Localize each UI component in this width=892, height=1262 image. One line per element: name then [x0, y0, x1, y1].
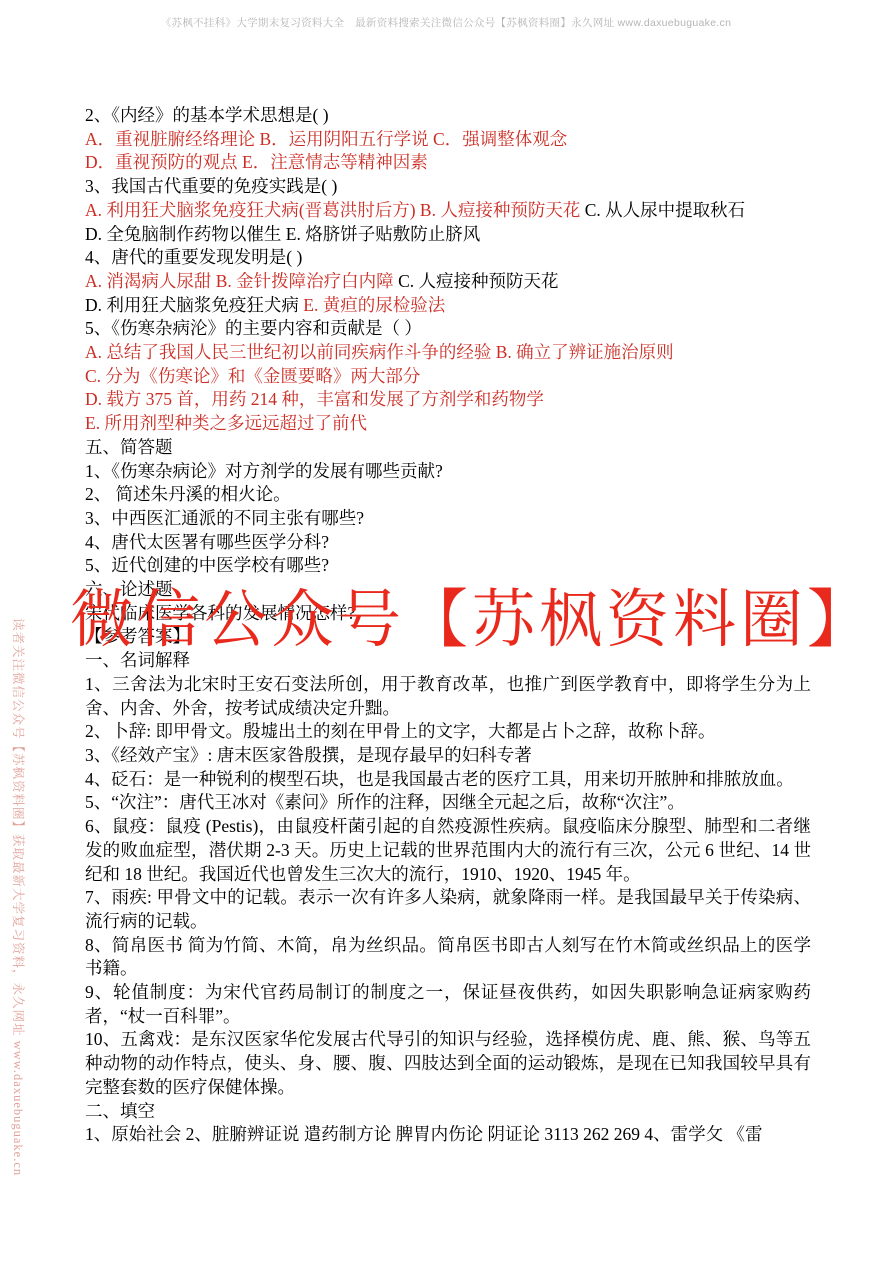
paragraph: 10、五禽戏：是东汉医家华佗发展古代导引的知识与经验，选择模仿虎、鹿、熊、猴、鸟…: [85, 1028, 811, 1099]
side-watermark: 读者关注微信公众号【苏枫资料圈】获取最新大学复习资料，永久网址 www.daxu…: [10, 618, 26, 1176]
paragraph: 5、近代创建的中医学校有哪些?: [85, 554, 811, 578]
paragraph: 1、三舍法为北宋时王安石变法所创，用于教育改革，也推广到医学教育中，即将学生分为…: [85, 673, 811, 720]
text-segment: 五、简答题: [85, 437, 173, 457]
text-segment: 1、原始社会 2、脏腑辨证说 遣药制方论 脾胃内伤论 阴证论 3113 262 …: [85, 1124, 762, 1144]
text-segment: 3、我国古代重要的免疫实践是( ): [85, 176, 337, 196]
text-segment: A．重视脏腑经络理论 B．运用阴阳五行学说 C．强调整体观念: [85, 129, 567, 149]
paragraph: 4、唐代太医署有哪些医学分科?: [85, 531, 811, 555]
paragraph: D. 全兔脑制作药物以催生 E. 烙脐饼子贴敷防止脐风: [85, 223, 811, 247]
text-segment: 2、《内经》的基本学术思想是( ): [85, 105, 329, 125]
page-header-text: 《苏枫不挂科》大学期末复习资料大全 最新资料搜索关注微信公众号【苏枫资料圈】永久…: [0, 15, 892, 30]
text-segment: 6、鼠疫：鼠疫 (Pestis)，由鼠疫杆菌引起的自然疫源性疾病。鼠疫临床分腺型…: [85, 816, 811, 883]
paragraph: 3、《经效产宝》: 唐末医家昝殷撰，是现存最早的妇科专著: [85, 744, 811, 768]
text-segment: 4、唐代太医署有哪些医学分科?: [85, 532, 329, 552]
text-segment: C. 从人尿中提取秋石: [580, 200, 745, 220]
paragraph: 9、轮值制度：为宋代官药局制订的制度之一，保证昼夜供药，如因失职影响急证病家购药…: [85, 981, 811, 1028]
text-segment: A. 消渴病人尿甜 B. 金针拨障治疗白内障: [85, 271, 394, 291]
paragraph: A. 消渴病人尿甜 B. 金针拨障治疗白内障 C. 人痘接种预防天花: [85, 270, 811, 294]
paragraph: 4、砭石：是一种锐利的楔型石块，也是我国最古老的医疗工具，用来切开脓肿和排脓放血…: [85, 768, 811, 792]
paragraph: 5、“次注”：唐代王冰对《素问》所作的注释，因继全元起之后，故称“次注”。: [85, 791, 811, 815]
text-segment: E. 所用剂型种类之多远远超过了前代: [85, 413, 367, 433]
paragraph: 5、《伤寒杂病沦》的主要内容和贡献是（ ）: [85, 317, 811, 341]
paragraph: 7、雨疾: 甲骨文中的记载。表示一次有许多人染病，就象降雨一样。是我国最早关于传…: [85, 886, 811, 933]
center-watermark: 微信公众号【苏枫资料圈】: [70, 586, 874, 655]
paragraph: 8、简帛医书 简为竹简、木简，帛为丝织品。简帛医书即古人刻写在竹木简或丝织品上的…: [85, 934, 811, 981]
text-segment: D. 全兔脑制作药物以催生 E. 烙脐饼子贴敷防止脐风: [85, 224, 480, 244]
paragraph: D. 利用狂犬脑浆免疫狂犬病 E. 黄疸的尿检验法: [85, 294, 811, 318]
paragraph: E. 所用剂型种类之多远远超过了前代: [85, 412, 811, 436]
text-segment: C. 分为《伤寒论》和《金匮要略》两大部分: [85, 366, 420, 386]
text-segment: 1、三舍法为北宋时王安石变法所创，用于教育改革，也推广到医学教育中，即将学生分为…: [85, 674, 811, 718]
text-segment: 3、中西医汇通派的不同主张有哪些?: [85, 508, 364, 528]
paragraph: 2、 简述朱丹溪的相火论。: [85, 483, 811, 507]
text-segment: 5、《伤寒杂病沦》的主要内容和贡献是（ ）: [85, 318, 422, 338]
text-segment: D. 载方 375 首，用药 214 种，丰富和发展了方剂学和药物学: [85, 389, 544, 409]
paragraph: A. 总结了我国人民三世纪初以前同疾病作斗争的经验 B. 确立了辨证施治原则: [85, 341, 811, 365]
text-segment: C. 人痘接种预防天花: [394, 271, 559, 291]
text-segment: 4、砭石：是一种锐利的楔型石块，也是我国最古老的医疗工具，用来切开脓肿和排脓放血…: [85, 769, 794, 789]
text-segment: 4、唐代的重要发现发明是( ): [85, 247, 302, 267]
text-segment: A. 总结了我国人民三世纪初以前同疾病作斗争的经验 B. 确立了辨证施治原则: [85, 342, 674, 362]
paragraph: 4、唐代的重要发现发明是( ): [85, 246, 811, 270]
paragraph: 6、鼠疫：鼠疫 (Pestis)，由鼠疫杆菌引起的自然疫源性疾病。鼠疫临床分腺型…: [85, 815, 811, 886]
text-segment: D. 利用狂犬脑浆免疫狂犬病: [85, 295, 299, 315]
paragraph: 2、《内经》的基本学术思想是( ): [85, 104, 811, 128]
paragraph: 1、原始社会 2、脏腑辨证说 遣药制方论 脾胃内伤论 阴证论 3113 262 …: [85, 1123, 811, 1147]
text-segment: D．重视预防的观点 E．注意情志等精神因素: [85, 152, 428, 172]
text-segment: 2、卜辞: 即甲骨文。殷墟出土的刻在甲骨上的文字，大都是占卜之辞，故称卜辞。: [85, 721, 715, 741]
text-segment: 5、“次注”：唐代王冰对《素问》所作的注释，因继全元起之后，故称“次注”。: [85, 792, 685, 812]
paragraph: 3、我国古代重要的免疫实践是( ): [85, 175, 811, 199]
text-segment: 2、 简述朱丹溪的相火论。: [85, 484, 291, 504]
text-segment: 二、填空: [85, 1101, 155, 1121]
text-segment: E. 黄疸的尿检验法: [299, 295, 445, 315]
text-segment: A. 利用狂犬脑浆免疫狂犬病(晋葛洪肘后方) B. 人痘接种预防天花: [85, 200, 580, 220]
paragraph: 3、中西医汇通派的不同主张有哪些?: [85, 507, 811, 531]
text-segment: 9、轮值制度：为宋代官药局制订的制度之一，保证昼夜供药，如因失职影响急证病家购药…: [85, 982, 811, 1026]
paragraph: 2、卜辞: 即甲骨文。殷墟出土的刻在甲骨上的文字，大都是占卜之辞，故称卜辞。: [85, 720, 811, 744]
text-segment: 5、近代创建的中医学校有哪些?: [85, 555, 329, 575]
paragraph: D. 载方 375 首，用药 214 种，丰富和发展了方剂学和药物学: [85, 388, 811, 412]
text-segment: 10、五禽戏：是东汉医家华佗发展古代导引的知识与经验，选择模仿虎、鹿、熊、猴、鸟…: [85, 1029, 811, 1096]
paragraph: A．重视脏腑经络理论 B．运用阴阳五行学说 C．强调整体观念: [85, 128, 811, 152]
paragraph: 五、简答题: [85, 436, 811, 460]
text-segment: 3、《经效产宝》: 唐末医家昝殷撰，是现存最早的妇科专著: [85, 745, 532, 765]
paragraph: 1、《伤寒杂病论》对方剂学的发展有哪些贡献?: [85, 460, 811, 484]
paragraph: A. 利用狂犬脑浆免疫狂犬病(晋葛洪肘后方) B. 人痘接种预防天花 C. 从人…: [85, 199, 811, 223]
paragraph: 二、填空: [85, 1100, 811, 1124]
text-segment: 1、《伤寒杂病论》对方剂学的发展有哪些贡献?: [85, 461, 443, 481]
document-page: 《苏枫不挂科》大学期末复习资料大全 最新资料搜索关注微信公众号【苏枫资料圈】永久…: [0, 0, 892, 1262]
text-segment: 7、雨疾: 甲骨文中的记载。表示一次有许多人染病，就象降雨一样。是我国最早关于传…: [85, 887, 811, 931]
text-segment: 8、简帛医书 简为竹简、木简，帛为丝织品。简帛医书即古人刻写在竹木简或丝织品上的…: [85, 935, 811, 979]
paragraph: C. 分为《伤寒论》和《金匮要略》两大部分: [85, 365, 811, 389]
paragraph: D．重视预防的观点 E．注意情志等精神因素: [85, 151, 811, 175]
